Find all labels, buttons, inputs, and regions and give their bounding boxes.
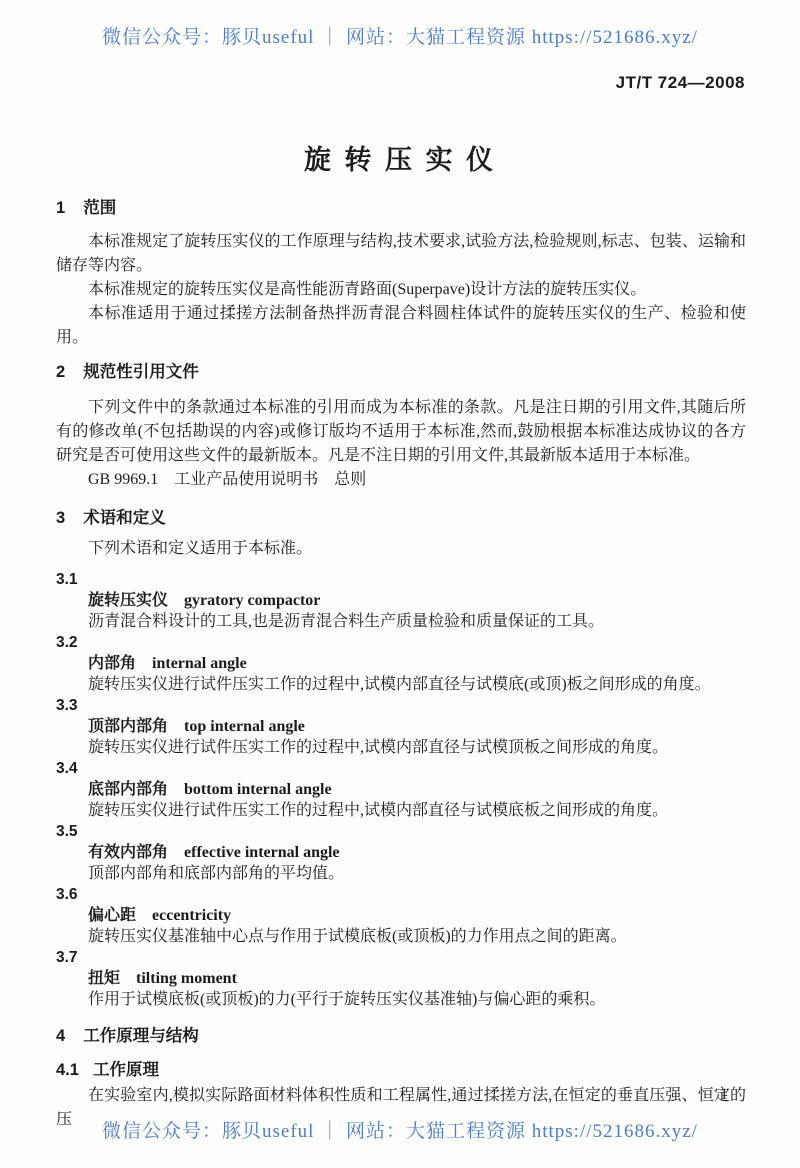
section-1-paragraphs: 本标准规定了旋转压实仪的工作原理与结构,技术要求,试验方法,检验规则,标志、包装… (56, 230, 746, 350)
term-title: 顶部内部角top internal angle (56, 716, 746, 737)
term-number: 3.6 (56, 884, 746, 905)
term-item: 3.7 扭矩tilting moment 作用于试模底板(或顶板)的力(平行于旋… (56, 947, 746, 1010)
section-1-number: 1 (56, 198, 65, 218)
term-en: eccentricity (152, 907, 231, 924)
section-4-1-heading: 4.1 工作原理 (56, 1060, 746, 1080)
paragraph: 本标准规定的旋转压实仪是高性能沥青路面(Superpave)设计方法的旋转压实仪… (56, 278, 746, 302)
term-zh: 旋转压实仪 (88, 592, 168, 609)
section-2-paragraphs: 下列文件中的条款通过本标准的引用而成为本标准的条款。凡是注日期的引用文件,其随后… (56, 396, 746, 468)
term-zh: 偏心距 (88, 907, 136, 924)
normative-reference: GB 9969.1 工业产品使用说明书 总则 (56, 468, 746, 492)
bottom-watermark: 微信公众号：豚贝useful ｜ 网站：大猫工程资源 https://52168… (0, 1116, 800, 1143)
term-title: 旋转压实仪gyratory compactor (56, 590, 746, 611)
term-title: 底部内部角bottom internal angle (56, 779, 746, 800)
section-2-title: 规范性引用文件 (83, 362, 199, 382)
term-definition: 旋转压实仪进行试件压实工作的过程中,试模内部直径与试模顶板之间形成的角度。 (56, 737, 746, 758)
section-3-heading: 3 术语和定义 (56, 508, 746, 528)
term-zh: 底部内部角 (88, 781, 168, 798)
section-1-heading: 1 范围 (56, 198, 746, 218)
term-en: gyratory compactor (184, 592, 320, 609)
term-number: 3.3 (56, 695, 746, 716)
paragraph: 下列文件中的条款通过本标准的引用而成为本标准的条款。凡是注日期的引用文件,其随后… (56, 396, 746, 468)
term-definition: 旋转压实仪进行试件压实工作的过程中,试模内部直径与试模底板之间形成的角度。 (56, 800, 746, 821)
term-definition: 顶部内部角和底部内部角的平均值。 (56, 863, 746, 884)
terms-list: 3.1 旋转压实仪gyratory compactor 沥青混合料设计的工具,也… (56, 569, 746, 1010)
term-item: 3.5 有效内部角effective internal angle 顶部内部角和… (56, 821, 746, 884)
term-zh: 顶部内部角 (88, 718, 168, 735)
section-3-title: 术语和定义 (83, 508, 166, 528)
term-title: 扭矩tilting moment (56, 968, 746, 989)
term-number: 3.5 (56, 821, 746, 842)
term-zh: 有效内部角 (88, 844, 168, 861)
section-3-number: 3 (56, 508, 65, 528)
term-zh: 内部角 (88, 655, 136, 672)
page-number: 1 (720, 1086, 728, 1104)
term-number: 3.7 (56, 947, 746, 968)
section-4-1-title: 工作原理 (93, 1060, 159, 1080)
document-body: 1 范围 本标准规定了旋转压实仪的工作原理与结构,技术要求,试验方法,检验规则,… (56, 198, 746, 1132)
term-title: 偏心距eccentricity (56, 905, 746, 926)
section-2-heading: 2 规范性引用文件 (56, 362, 746, 382)
document-page: 微信公众号：豚贝useful ｜ 网站：大猫工程资源 https://52168… (0, 0, 800, 1168)
term-title: 有效内部角effective internal angle (56, 842, 746, 863)
term-item: 3.6 偏心距eccentricity 旋转压实仪基准轴中心点与作用于试模底板(… (56, 884, 746, 947)
term-definition: 作用于试模底板(或顶板)的力(平行于旋转压实仪基准轴)与偏心距的乘积。 (56, 989, 746, 1010)
term-number: 3.2 (56, 632, 746, 653)
term-zh: 扭矩 (88, 970, 120, 987)
section-4-heading: 4 工作原理与结构 (56, 1026, 746, 1046)
term-definition: 旋转压实仪基准轴中心点与作用于试模底板(或顶板)的力作用点之间的距离。 (56, 926, 746, 947)
document-title: 旋 转 压 实 仪 (0, 138, 800, 177)
term-en: internal angle (152, 655, 247, 672)
term-item: 3.1 旋转压实仪gyratory compactor 沥青混合料设计的工具,也… (56, 569, 746, 632)
section-4-title: 工作原理与结构 (83, 1026, 199, 1046)
term-item: 3.4 底部内部角bottom internal angle 旋转压实仪进行试件… (56, 758, 746, 821)
term-definition: 沥青混合料设计的工具,也是沥青混合料生产质量检验和质量保证的工具。 (56, 611, 746, 632)
paragraph: 本标准规定了旋转压实仪的工作原理与结构,技术要求,试验方法,检验规则,标志、包装… (56, 230, 746, 278)
term-item: 3.3 顶部内部角top internal angle 旋转压实仪进行试件压实工… (56, 695, 746, 758)
term-en: tilting moment (136, 970, 237, 987)
term-item: 3.2 内部角internal angle 旋转压实仪进行试件压实工作的过程中,… (56, 632, 746, 695)
section-1-title: 范围 (83, 198, 116, 218)
term-en: top internal angle (184, 718, 305, 735)
paragraph: 本标准适用于通过揉搓方法制备热拌沥青混合料圆柱体试件的旋转压实仪的生产、检验和使… (56, 302, 746, 350)
term-number: 3.4 (56, 758, 746, 779)
standard-number: JT/T 724—2008 (616, 73, 745, 93)
top-watermark: 微信公众号：豚贝useful ｜ 网站：大猫工程资源 https://52168… (0, 22, 800, 49)
term-en: bottom internal angle (184, 781, 332, 798)
term-definition: 旋转压实仪进行试件压实工作的过程中,试模内部直径与试模底(或顶)板之间形成的角度… (56, 674, 746, 695)
term-number: 3.1 (56, 569, 746, 590)
term-en: effective internal angle (184, 844, 340, 861)
section-4-1-number: 4.1 (56, 1060, 79, 1080)
terms-intro: 下列术语和定义适用于本标准。 (56, 538, 746, 559)
section-4-number: 4 (56, 1026, 65, 1046)
term-title: 内部角internal angle (56, 653, 746, 674)
section-2-number: 2 (56, 362, 65, 382)
